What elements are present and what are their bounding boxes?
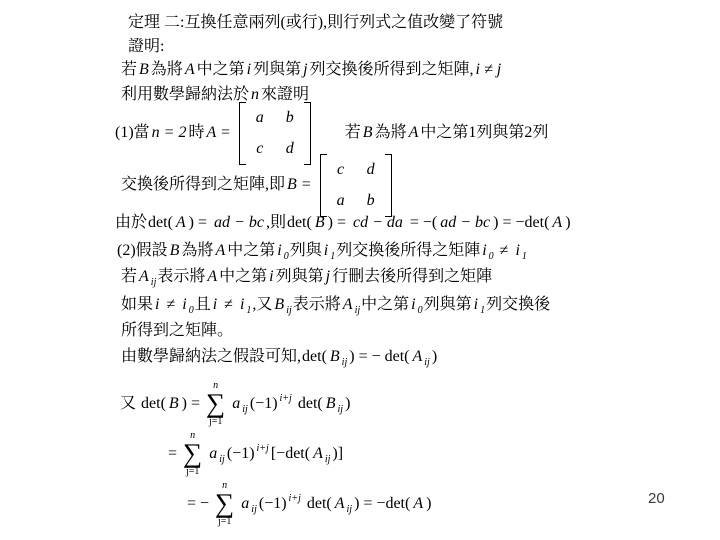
math-token: i ≠ j <box>474 61 504 78</box>
math-token: i <box>472 296 480 313</box>
matrix-cell: c <box>337 159 345 181</box>
equation-prefix: 又 det(B) = <box>120 393 201 415</box>
text-segment: 由於 <box>115 214 147 231</box>
math-token: j <box>324 268 332 285</box>
subscript: 1 <box>522 251 528 262</box>
text-segment: 列交換後所得到之矩陣, <box>310 61 474 78</box>
text-segment: 中之第 <box>197 61 245 78</box>
text-segment: 列與第 <box>424 296 472 313</box>
text-segment: 若 <box>121 61 137 78</box>
math-token: A <box>311 445 325 462</box>
text-segment: 列與 <box>290 242 322 259</box>
text-segment: 交換後所得到之矩陣,即 <box>121 174 285 196</box>
math-token: B <box>328 348 342 365</box>
subscript: ij <box>219 454 226 465</box>
matrix-cell: b <box>286 107 294 129</box>
sum-lower-limit: j=1 <box>209 417 222 427</box>
math-token: ) = −det( <box>353 495 411 512</box>
matrix-B: c d a b <box>320 154 392 217</box>
math-token: det( <box>140 395 167 412</box>
induction-hypothesis-line: 由數學歸納法之假設可知,det(Bij) = − det(Aij) <box>121 346 438 374</box>
superscript: i+j <box>256 443 270 454</box>
math-token: i <box>409 296 417 313</box>
text-segment: 表示將 <box>293 296 341 313</box>
math-token: A <box>410 348 424 365</box>
math-token: i <box>275 242 283 259</box>
text-segment: 中之第 <box>219 268 267 285</box>
math-token: ) = − det( <box>348 348 410 365</box>
math-token: i <box>322 242 330 259</box>
text-segment: 中之第 <box>361 296 409 313</box>
text-segment: 為將 <box>151 61 183 78</box>
sigma-icon: ∑ <box>215 491 234 517</box>
math-token: det( <box>301 348 328 365</box>
text-segment: 由數學歸納法之假設可知, <box>121 348 301 365</box>
math-token: a <box>239 495 251 512</box>
text-segment: 來證明 <box>261 86 309 103</box>
text-segment: ,則 <box>266 214 286 231</box>
math-token: B <box>137 61 151 78</box>
text-segment: 若 <box>121 268 137 285</box>
math-token: (−1) <box>226 445 256 462</box>
text-segment: 為將 <box>181 242 213 259</box>
theorem-statement: 定理 二:互換任意兩列(或行),則行列式之值改變了符號 <box>128 12 503 34</box>
math-token: i <box>267 268 275 285</box>
math-token: B = <box>285 174 314 196</box>
matrix-cell: a <box>256 107 264 129</box>
matrix-A: a b c d <box>239 102 311 165</box>
math-token: i <box>480 242 488 259</box>
math-token: ≠ <box>161 296 180 313</box>
math-token: ) <box>425 495 432 512</box>
text-segment: 中之第1列與第2列 <box>420 122 548 144</box>
math-token: B <box>324 395 338 412</box>
subscript: 0 <box>489 251 495 262</box>
math-token: B <box>272 296 286 313</box>
text-segment: 為將 <box>375 122 407 144</box>
text-segment: 列與第 <box>253 61 301 78</box>
math-token: A <box>183 61 197 78</box>
text-segment: (1)當 <box>115 122 150 144</box>
math-token: a <box>207 445 219 462</box>
math-token: B <box>168 242 182 259</box>
text-segment: 定理 二:互換任意兩列(或行),則行列式之值改變了符號 <box>128 14 503 31</box>
math-token: B <box>361 122 375 144</box>
math-token: A <box>333 495 347 512</box>
text-segment: 又 <box>120 395 140 412</box>
equation-prefix: = <box>167 443 178 465</box>
math-token: = <box>167 445 178 462</box>
subscript: ij <box>251 504 258 515</box>
right-bracket-icon <box>304 102 311 165</box>
matrix-cell: c <box>256 138 264 160</box>
sum-lower-limit: j=1 <box>186 467 199 477</box>
math-token: ) <box>431 348 438 365</box>
math-token: = − <box>186 495 210 512</box>
superscript: i+j <box>279 393 293 404</box>
math-token: A <box>341 296 355 313</box>
math-token: ) <box>344 395 351 412</box>
math-token: A = <box>204 122 232 144</box>
math-token: det( <box>302 495 333 512</box>
summation-symbol: n ∑ j=1 <box>183 431 202 477</box>
condition-line: 如果i ≠ i0且i ≠ i1,又Bij表示將Aij中之第i0列與第i1列交換後 <box>121 294 550 322</box>
text-segment: 如果 <box>121 296 153 313</box>
text-segment: 列與第 <box>276 268 324 285</box>
text-segment: 中之第 <box>227 242 275 259</box>
slide: 定理 二:互換任意兩列(或行),則行列式之值改變了符號 證明: 若B為將A中之第… <box>0 0 720 540</box>
math-token: B <box>167 395 181 412</box>
matrix-cells: c d a b <box>327 154 385 217</box>
minor-definition-line: 若Aij表示將A中之第i列與第j行刪去後所得到之矩陣 <box>121 266 492 294</box>
text-segment: 利用數學歸納法於 <box>121 86 249 103</box>
math-token: A <box>174 214 188 231</box>
sigma-icon: ∑ <box>206 391 225 417</box>
math-token: A <box>205 268 219 285</box>
subscript: ij <box>424 357 431 368</box>
text-segment: 列交換後所得之矩陣 <box>336 242 480 259</box>
right-bracket-icon <box>385 154 392 217</box>
math-token: [−det( <box>270 445 311 462</box>
matrix-cells: a b c d <box>246 102 304 165</box>
page-number: 20 <box>648 490 665 507</box>
math-token: n = 2 <box>150 122 189 144</box>
math-token: )] <box>331 445 344 462</box>
math-token: ) <box>564 214 571 231</box>
math-token: A <box>137 268 151 285</box>
math-token: ad − bc <box>212 214 266 231</box>
matrix-cell: a <box>337 190 345 212</box>
text-segment: 時 <box>188 122 204 144</box>
subscript: ij <box>242 404 249 415</box>
math-token: A <box>213 242 227 259</box>
math-token: a <box>230 395 242 412</box>
equation-body: aij(−1)i+j[−det(Aij)] <box>207 438 344 471</box>
equation-body: aij(−1)i+j det(Aij) = −det(A) <box>239 488 432 521</box>
math-token: A <box>550 214 564 231</box>
sigma-icon: ∑ <box>183 441 202 467</box>
math-token: ≠ <box>219 296 238 313</box>
text-segment: 證明: <box>128 38 164 55</box>
math-token: i <box>245 61 253 78</box>
summation-symbol: n ∑ j=1 <box>206 381 225 427</box>
math-token: A <box>407 122 421 144</box>
matrix-cell: d <box>367 159 375 181</box>
equation-prefix: = − <box>186 493 210 515</box>
matrix-cell: b <box>367 190 375 212</box>
left-bracket-icon <box>320 154 327 217</box>
superscript: i+j <box>288 493 302 504</box>
continuation-line: 所得到之矩陣。 <box>121 320 233 342</box>
text-segment: (2)假設 <box>117 242 168 259</box>
sum-equation-3: = − n ∑ j=1 aij(−1)i+j det(Aij) = −det(A… <box>186 478 432 530</box>
text-segment: 所得到之矩陣。 <box>121 322 233 339</box>
text-segment: 若 <box>345 122 361 144</box>
det-computation-line: 由於det(A) = ad − bc,則det(B) = cd − da = −… <box>115 212 572 234</box>
text-segment: 且 <box>195 296 211 313</box>
math-token: B <box>313 214 327 231</box>
left-bracket-icon <box>239 102 246 165</box>
math-token: ≠ <box>495 242 514 259</box>
math-token: n <box>249 86 261 103</box>
math-token: cd − da <box>351 214 405 231</box>
math-token: (−1) <box>258 495 288 512</box>
text-segment: ,又 <box>252 296 272 313</box>
sum-equation-2: = n ∑ j=1 aij(−1)i+j[−det(Aij)] <box>167 428 344 480</box>
swapped-matrix-line: 交換後所得到之矩陣,即 B = c d a b <box>121 158 398 212</box>
text-segment: 表示將 <box>157 268 205 285</box>
proof-label: 證明: <box>128 36 164 58</box>
math-token: i <box>180 296 188 313</box>
math-token: j <box>301 61 309 78</box>
math-token: ad − bc <box>438 214 492 231</box>
sum-lower-limit: j=1 <box>218 517 231 527</box>
math-token: ) = <box>181 395 201 412</box>
math-token: ) = <box>327 214 351 231</box>
math-token: ) = <box>188 214 212 231</box>
text-segment: 行刪去後所得到之矩陣 <box>332 268 492 285</box>
math-token: det( <box>147 214 174 231</box>
math-token: A <box>411 495 425 512</box>
setup-line-1: 若B為將A中之第i列與第j列交換後所得到之矩陣,i ≠ j <box>121 59 503 81</box>
math-token: ) = −det( <box>492 214 550 231</box>
math-token: i <box>211 296 219 313</box>
text-segment: 列交換後 <box>486 296 550 313</box>
equation-body: aij(−1)i+j det(Bij) <box>230 388 351 421</box>
math-token: det( <box>293 395 324 412</box>
math-token: (−1) <box>249 395 279 412</box>
matrix-cell: d <box>286 138 294 160</box>
math-token: = −( <box>405 214 438 231</box>
summation-symbol: n ∑ j=1 <box>215 481 234 527</box>
case1-line: (1)當 n = 2 時 A = a b c d 若 B 為將 A 中之第1列與… <box>115 106 548 160</box>
sum-equation-1: 又 det(B) = n ∑ j=1 aij(−1)i+j det(Bij) <box>120 378 351 430</box>
math-token: i <box>513 242 521 259</box>
math-token: det( <box>286 214 313 231</box>
case2-line: (2)假設B為將A中之第i0列與i1列交換後所得之矩陣i0 ≠ i1 <box>117 240 528 268</box>
